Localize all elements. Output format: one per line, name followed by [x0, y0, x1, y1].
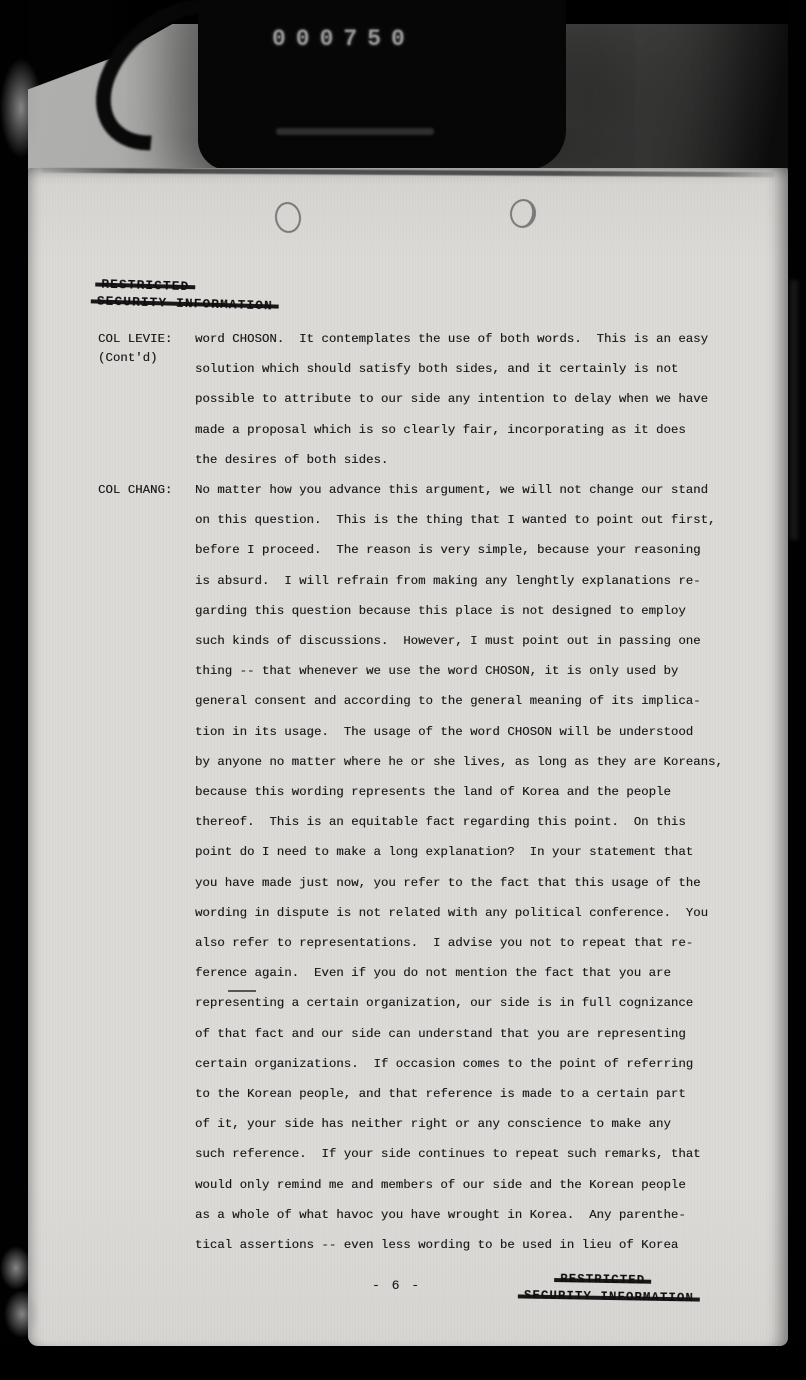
transcript-entry: COL LEVIE:(Cont'd)word CHOSON. It contem… — [28, 324, 788, 475]
security-information-stamp-text: SECURITY INFORMATION — [518, 1287, 700, 1307]
film-blemish — [4, 1290, 40, 1338]
film-edge-left — [0, 0, 28, 1380]
page-top-edge-shadow — [42, 168, 774, 177]
transcript-entry: COL CHANG:No matter how you advance this… — [28, 475, 788, 1260]
transcript-line: would only remind me and members of our … — [195, 1170, 788, 1200]
page-number: - 6 - — [372, 1278, 421, 1293]
transcript-line: because this wording represents the land… — [195, 777, 788, 807]
pencil-underline-mark — [228, 990, 256, 992]
speaker-column: COL LEVIE:(Cont'd) — [98, 330, 172, 368]
transcript-line: tion in its usage. The usage of the word… — [195, 717, 788, 747]
frame-counter-value: 000750 — [272, 26, 415, 52]
transcript-line: of it, your side has neither right or an… — [195, 1109, 788, 1139]
restricted-stamp-text: RESTRICTED — [554, 1271, 651, 1290]
transcript-line: wording in dispute is not related with a… — [195, 898, 788, 928]
microfilm-frame: 000750 RESTRICTED SECURITY INFORMATION C… — [0, 0, 806, 1380]
punch-hole-left — [273, 200, 303, 234]
speaker-column: COL CHANG: — [98, 481, 172, 500]
transcript-line: by anyone no matter where he or she live… — [195, 747, 788, 777]
film-edge-bottom — [0, 1346, 806, 1380]
counter-slot-highlight — [276, 128, 434, 135]
transcript-line: you have made just now, you refer to the… — [195, 868, 788, 898]
transcript-line: point do I need to make a long explanati… — [195, 837, 788, 867]
transcript-lines: No matter how you advance this argument,… — [195, 475, 788, 1260]
transcript-line: thing -- that whenever we use the word C… — [195, 656, 788, 686]
punch-hole-right — [508, 197, 539, 230]
transcript-lines: word CHOSON. It contemplates the use of … — [195, 324, 788, 475]
transcript-line: the desires of both sides. — [195, 445, 788, 475]
film-blemish — [0, 1246, 32, 1290]
speaker-label: COL LEVIE: — [98, 330, 172, 349]
frame-counter-device: 000750 — [198, 0, 566, 170]
transcript-line: word CHOSON. It contemplates the use of … — [195, 324, 788, 354]
film-blemish — [0, 58, 42, 158]
transcript-line: representing a certain organization, our… — [195, 988, 788, 1018]
transcript-line: as a whole of what havoc you have wrough… — [195, 1200, 788, 1230]
transcript-line: such reference. If your side continues t… — [195, 1139, 788, 1169]
transcript-line: on this question. This is the thing that… — [195, 505, 788, 535]
transcript-line: ference again. Even if you do not mentio… — [195, 958, 788, 988]
speaker-note: (Cont'd) — [98, 349, 172, 368]
transcript-line: tical assertions -- even less wording to… — [195, 1230, 788, 1260]
transcript-line: made a proposal which is so clearly fair… — [195, 415, 788, 445]
transcript-line: thereof. This is an equitable fact regar… — [195, 807, 788, 837]
transcript-line: is absurd. I will refrain from making an… — [195, 566, 788, 596]
transcript-line: also refer to representations. I advise … — [195, 928, 788, 958]
document-page: RESTRICTED SECURITY INFORMATION COL LEVI… — [28, 168, 788, 1346]
transcript: COL LEVIE:(Cont'd)word CHOSON. It contem… — [28, 324, 788, 1260]
transcript-line: general consent and according to the gen… — [195, 686, 788, 716]
transcript-line: possible to attribute to our side any in… — [195, 384, 788, 414]
transcript-line: to the Korean people, and that reference… — [195, 1079, 788, 1109]
transcript-line: garding this question because this place… — [195, 596, 788, 626]
film-blemish — [790, 280, 798, 540]
transcript-line: such kinds of discussions. However, I mu… — [195, 626, 788, 656]
speaker-label: COL CHANG: — [98, 481, 172, 500]
transcript-line: before I proceed. The reason is very sim… — [195, 535, 788, 565]
film-edge-right — [788, 0, 806, 1380]
transcript-line: solution which should satisfy both sides… — [195, 354, 788, 384]
transcript-line: certain organizations. If occasion comes… — [195, 1049, 788, 1079]
transcript-line: of that fact and our side can understand… — [195, 1019, 788, 1049]
classification-stamp-top: RESTRICTED SECURITY INFORMATION — [91, 275, 280, 314]
classification-stamp-bottom: RESTRICTED SECURITY INFORMATION — [518, 1270, 701, 1307]
transcript-line: No matter how you advance this argument,… — [195, 475, 788, 505]
